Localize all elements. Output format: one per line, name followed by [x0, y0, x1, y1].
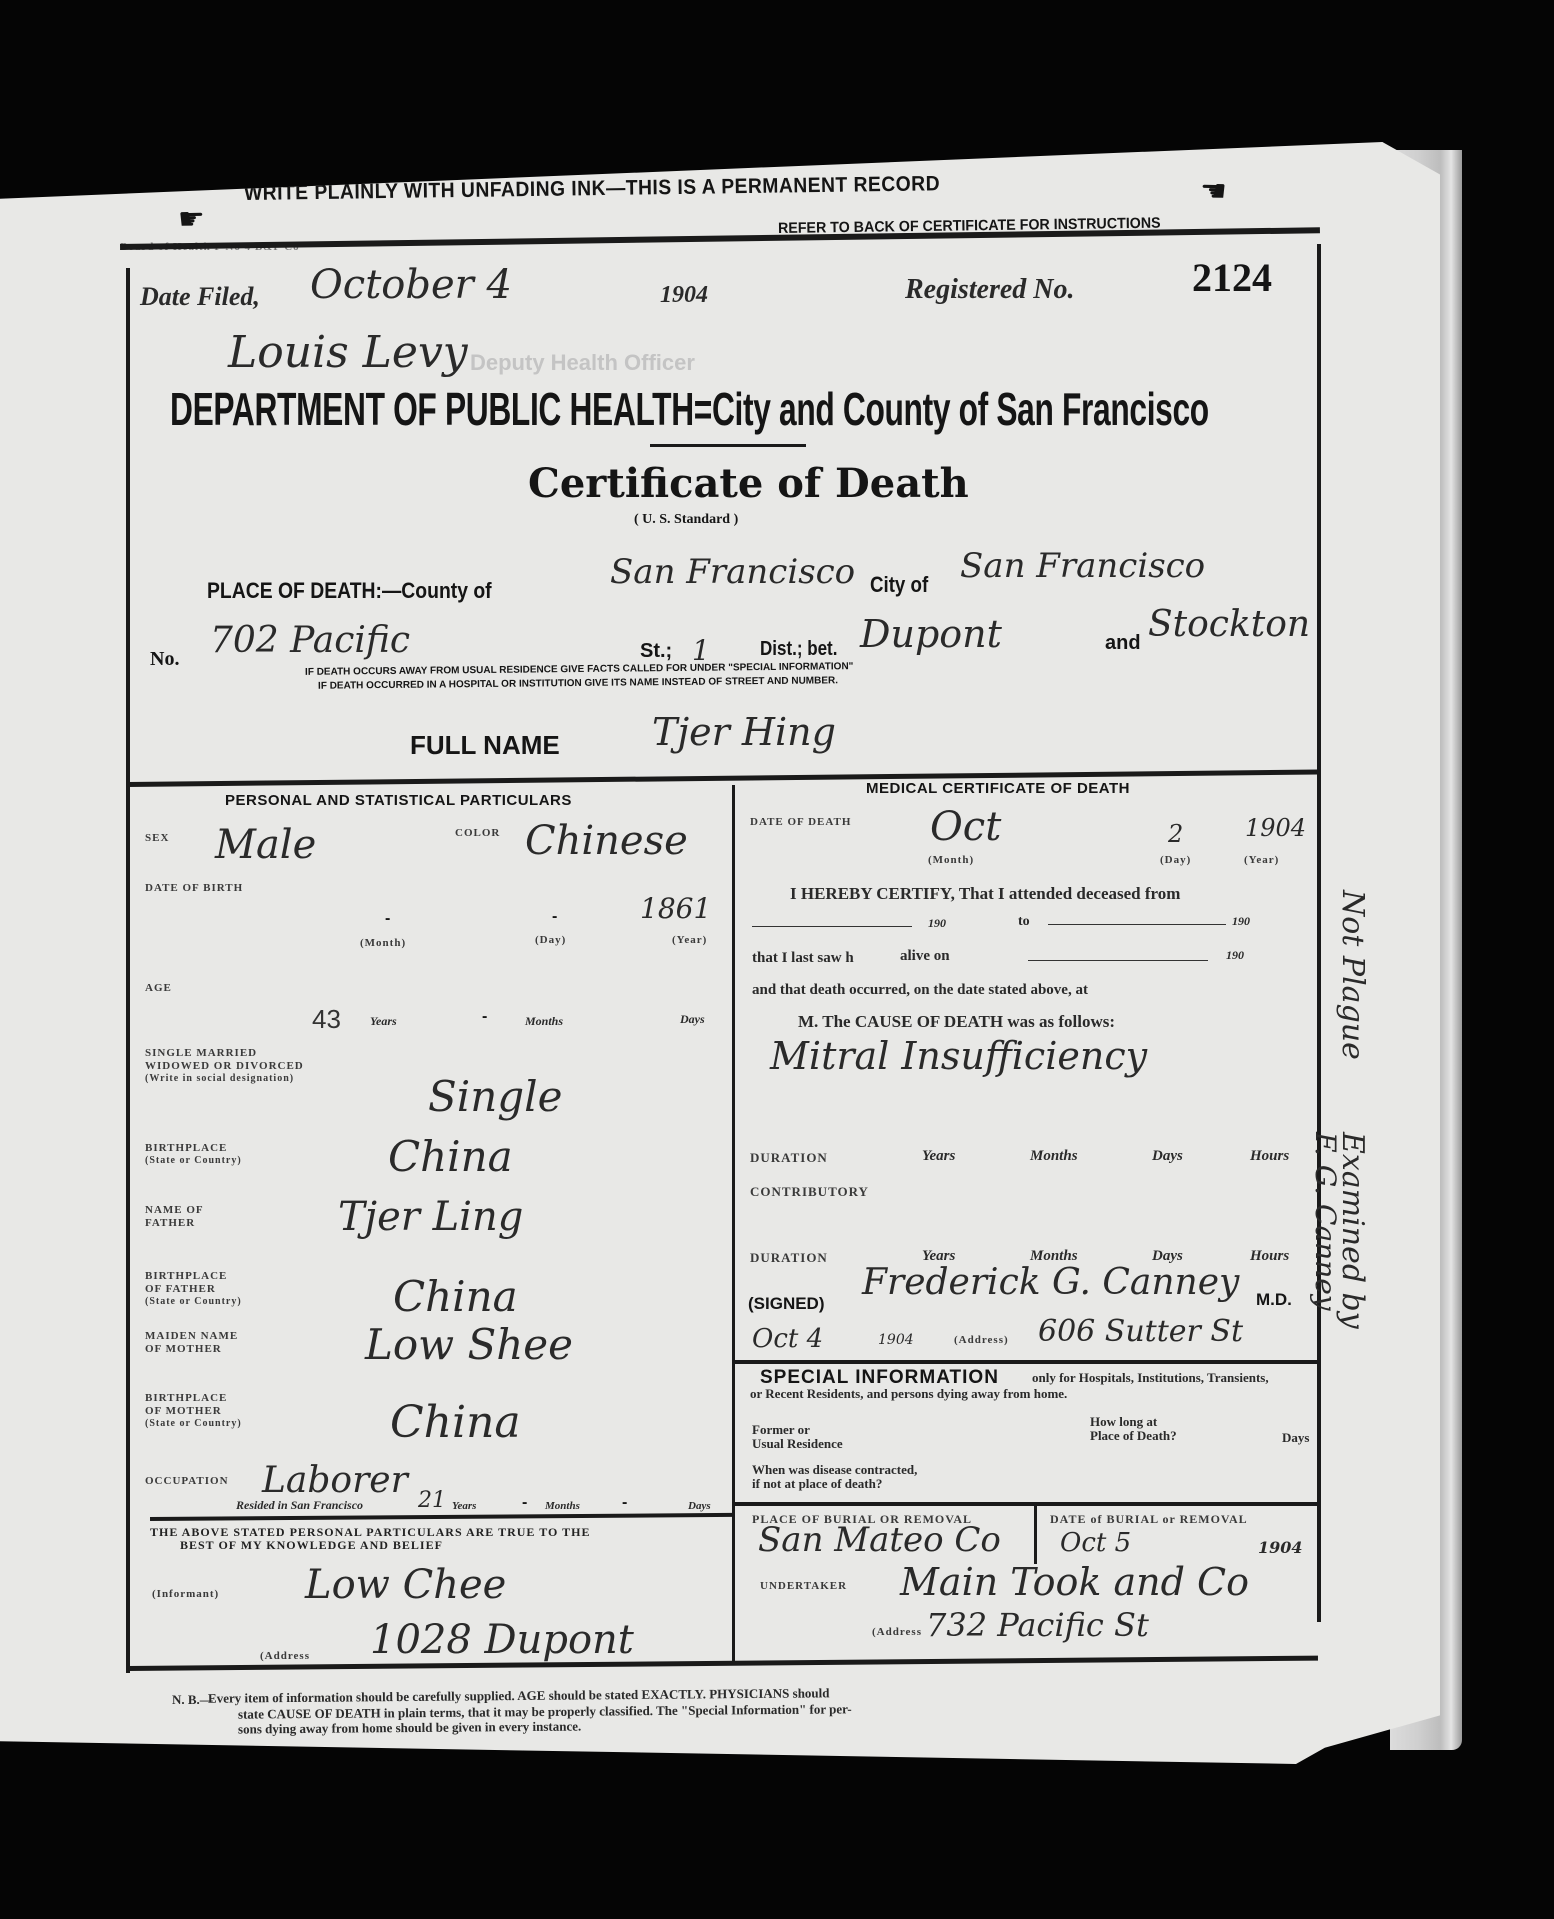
undertaker-value: Main Took and Co: [900, 1560, 1249, 1604]
special-info-note-1: only for Hospitals, Institutions, Transi…: [1032, 1370, 1269, 1386]
undertaker-address-label: (Address: [872, 1626, 922, 1638]
city-value: San Francisco: [960, 546, 1205, 586]
full-name-value: Tjer Hing: [652, 710, 836, 754]
special-info-note-2: or Recent Residents, and persons dying a…: [750, 1386, 1067, 1402]
district-label: Dist.; bet.: [760, 638, 837, 661]
resided-label: Resided in San Francisco: [236, 1498, 363, 1513]
age-years-label: Years: [370, 1014, 397, 1029]
resided-years-value: 21: [418, 1488, 446, 1513]
former-residence-label-2: Usual Residence: [752, 1436, 843, 1452]
burial-column-divider: [1034, 1506, 1037, 1564]
dob-day-label: (Day): [535, 934, 566, 946]
to-label: to: [1018, 914, 1030, 930]
burial-place-value: San Mateo Co: [758, 1520, 1001, 1560]
mother-label-1: MAIDEN NAME: [145, 1330, 238, 1342]
dod-month-label: (Month): [928, 854, 974, 866]
burial-date-value: Oct 5: [1060, 1528, 1131, 1558]
father-label-2: FATHER: [145, 1217, 195, 1229]
form-top-border: [120, 227, 1320, 250]
duration-years-label-1: Years: [922, 1148, 955, 1165]
dod-label: DATE OF DEATH: [750, 816, 851, 828]
resided-days-value: -: [622, 1494, 627, 1512]
father-birthplace-label-1: BIRTHPLACE: [145, 1270, 227, 1282]
age-label: AGE: [145, 982, 172, 994]
marital-label-3: (Write in social designation): [145, 1073, 294, 1084]
undertaker-label: UNDERTAKER: [760, 1580, 847, 1592]
last-saw-label: that I last saw h: [752, 950, 854, 967]
special-info-divider: [733, 1360, 1318, 1364]
color-label: COLOR: [455, 827, 500, 839]
attended-to-line: [1048, 924, 1226, 925]
duration-hours-label-1: Hours: [1250, 1148, 1289, 1165]
mother-birthplace-label-2: OF MOTHER: [145, 1405, 222, 1417]
place-of-death-label: PLACE OF DEATH:—County of: [207, 578, 492, 604]
marital-label-2: WIDOWED OR DIVORCED: [145, 1060, 304, 1072]
mother-name-value: Low Shee: [365, 1320, 573, 1369]
duration-label-1: DURATION: [750, 1150, 828, 1166]
certify-statement: I HEREBY CERTIFY, That I attended deceas…: [790, 884, 1180, 904]
burial-divider: [733, 1502, 1318, 1506]
how-long-label-2: Place of Death?: [1090, 1428, 1177, 1444]
certificate-page: ☛ WRITE PLAINLY WITH UNFADING INK—THIS I…: [0, 142, 1440, 1764]
city-label: City of: [870, 572, 928, 598]
informant-divider: [150, 1513, 732, 1521]
birthplace-label-1: BIRTHPLACE: [145, 1142, 227, 1154]
marital-label-1: SINGLE MARRIED: [145, 1047, 257, 1059]
street-label: St.;: [640, 640, 672, 663]
dod-day: 2: [1168, 820, 1183, 848]
informant-address-label: (Address: [260, 1650, 310, 1662]
physician-address-label: (Address): [954, 1334, 1009, 1346]
dod-year: 1904: [1245, 814, 1306, 842]
how-long-days-label: Days: [1282, 1430, 1309, 1446]
duration-days-label-1: Days: [1152, 1148, 1183, 1165]
county-value: San Francisco: [610, 552, 855, 592]
mother-birthplace-label-3: (State or Country): [145, 1418, 242, 1429]
informant-label: (Informant): [152, 1588, 219, 1600]
dob-year-label: (Year): [672, 934, 707, 946]
contracted-label-2: if not at place of death?: [752, 1476, 882, 1492]
attended-from-line: [752, 926, 912, 927]
section-divider: [128, 770, 1318, 787]
registered-label: Registered No.: [905, 274, 1075, 306]
father-name-value: Tjer Ling: [338, 1194, 523, 1240]
cause-label: M. The CAUSE OF DEATH was as follows:: [798, 1012, 1115, 1032]
dob-year: 1861: [640, 892, 711, 925]
between-street-1: Dupont: [860, 612, 1002, 656]
alive-on-label: alive on: [900, 948, 950, 965]
dob-day: -: [552, 908, 557, 926]
marital-value: Single: [428, 1072, 562, 1121]
informant-address-value: 1028 Dupont: [370, 1617, 634, 1663]
signed-label: (SIGNED): [748, 1294, 825, 1314]
birthplace-label-2: (State or Country): [145, 1155, 242, 1166]
md-label: M.D.: [1256, 1290, 1292, 1310]
officer-title-stamp: Deputy Health Officer: [470, 350, 695, 376]
sex-value: Male: [215, 822, 316, 868]
and-label: and: [1105, 632, 1141, 655]
father-birthplace-label-3: (State or Country): [145, 1296, 242, 1307]
attended-to-year: 190: [1232, 914, 1250, 929]
age-months-value: -: [482, 1008, 487, 1026]
birthplace-value: China: [388, 1132, 513, 1181]
dod-year-label: (Year): [1244, 854, 1279, 866]
duration-label-2: DURATION: [750, 1250, 828, 1266]
burial-date-label: DATE of BURIAL or REMOVAL: [1050, 1512, 1248, 1527]
resided-years-label: Years: [452, 1500, 476, 1512]
resided-months-label: Months: [545, 1500, 580, 1512]
cause-of-death-value: Mitral Insufficiency: [770, 1034, 1147, 1078]
father-birthplace-label-2: OF FATHER: [145, 1283, 216, 1295]
column-divider: [732, 785, 735, 1665]
mother-label-2: OF MOTHER: [145, 1343, 222, 1355]
age-years-value: 43: [312, 1004, 341, 1035]
father-label-1: NAME OF: [145, 1204, 204, 1216]
contributory-label: CONTRIBUTORY: [750, 1184, 869, 1200]
undertaker-address-value: 732 Pacific St: [926, 1606, 1149, 1644]
attended-from-year: 190: [928, 916, 946, 931]
occupation-label: OCCUPATION: [145, 1475, 229, 1487]
medical-heading: MEDICAL CERTIFICATE OF DEATH: [866, 780, 1130, 797]
margin-note-not-plague: Not Plague: [1335, 890, 1370, 1060]
sex-label: SEX: [145, 832, 169, 844]
department-heading: DEPARTMENT OF PUBLIC HEALTH=City and Cou…: [170, 382, 1209, 436]
signed-year: 1904: [878, 1332, 914, 1348]
date-filed-label: Date Filed,: [140, 282, 260, 312]
age-days-label: Days: [680, 1012, 705, 1027]
dod-day-label: (Day): [1160, 854, 1191, 866]
residence-note-2: IF DEATH OCCURRED IN A HOSPITAL OR INSTI…: [318, 675, 838, 691]
alive-on-year: 190: [1226, 948, 1244, 963]
date-filed-year: 1904: [660, 282, 708, 309]
form-right-border: [1317, 244, 1321, 1622]
color-value: Chinese: [525, 818, 688, 864]
physician-signature: Frederick G. Canney: [862, 1262, 1239, 1303]
street-value: 702 Pacific: [210, 620, 410, 661]
occurred-statement: and that death occurred, on the date sta…: [752, 982, 1088, 999]
street-no-label: No.: [150, 648, 179, 671]
between-street-2: Stockton: [1148, 604, 1310, 645]
duration-months-label-1: Months: [1030, 1148, 1078, 1165]
mother-birthplace-label-1: BIRTHPLACE: [145, 1392, 227, 1404]
personal-heading: PERSONAL AND STATISTICAL PARTICULARS: [225, 792, 572, 809]
footer-line-3: sons dying away from home should be give…: [238, 1719, 581, 1738]
age-months-label: Months: [525, 1014, 563, 1029]
date-filed-value: October 4: [310, 262, 512, 308]
signed-date: Oct 4: [752, 1324, 823, 1354]
officer-signature: Louis Levy: [228, 327, 468, 378]
duration-hours-label-2: Hours: [1250, 1248, 1289, 1265]
dob-month-label: (Month): [360, 937, 406, 949]
dob-month: -: [385, 910, 390, 928]
footer-nb-label: N. B.—: [172, 1692, 213, 1708]
resided-days-label: Days: [688, 1500, 711, 1512]
form-left-border: [126, 268, 130, 1673]
mother-birthplace-value: China: [390, 1397, 521, 1448]
margin-note-canney: F. G. Canney: [1309, 1132, 1342, 1311]
registered-number: 2124: [1192, 254, 1272, 301]
title-rule: [650, 444, 806, 447]
physician-address-value: 606 Sutter St: [1038, 1314, 1243, 1349]
certificate-title: Certificate of Death: [528, 460, 969, 507]
informant-value: Low Chee: [305, 1562, 506, 1608]
burial-year-value: 1904: [1258, 1538, 1303, 1557]
warning-banner: WRITE PLAINLY WITH UNFADING INK—THIS IS …: [244, 172, 940, 206]
father-birthplace-value: China: [393, 1272, 518, 1321]
dob-label: DATE OF BIRTH: [145, 882, 243, 894]
resided-months-value: -: [522, 1494, 527, 1512]
occupation-value: Laborer: [262, 1460, 408, 1501]
certificate-subtitle: ( U. S. Standard ): [634, 512, 738, 528]
full-name-label: FULL NAME: [410, 730, 560, 761]
alive-on-line: [1028, 960, 1208, 961]
dod-month: Oct: [930, 804, 1001, 850]
attestation-line-2: BEST OF MY KNOWLEDGE AND BELIEF: [180, 1538, 443, 1553]
pointing-hand-icon: ☛: [178, 202, 206, 237]
pointing-hand-icon: ☛: [1200, 174, 1228, 209]
